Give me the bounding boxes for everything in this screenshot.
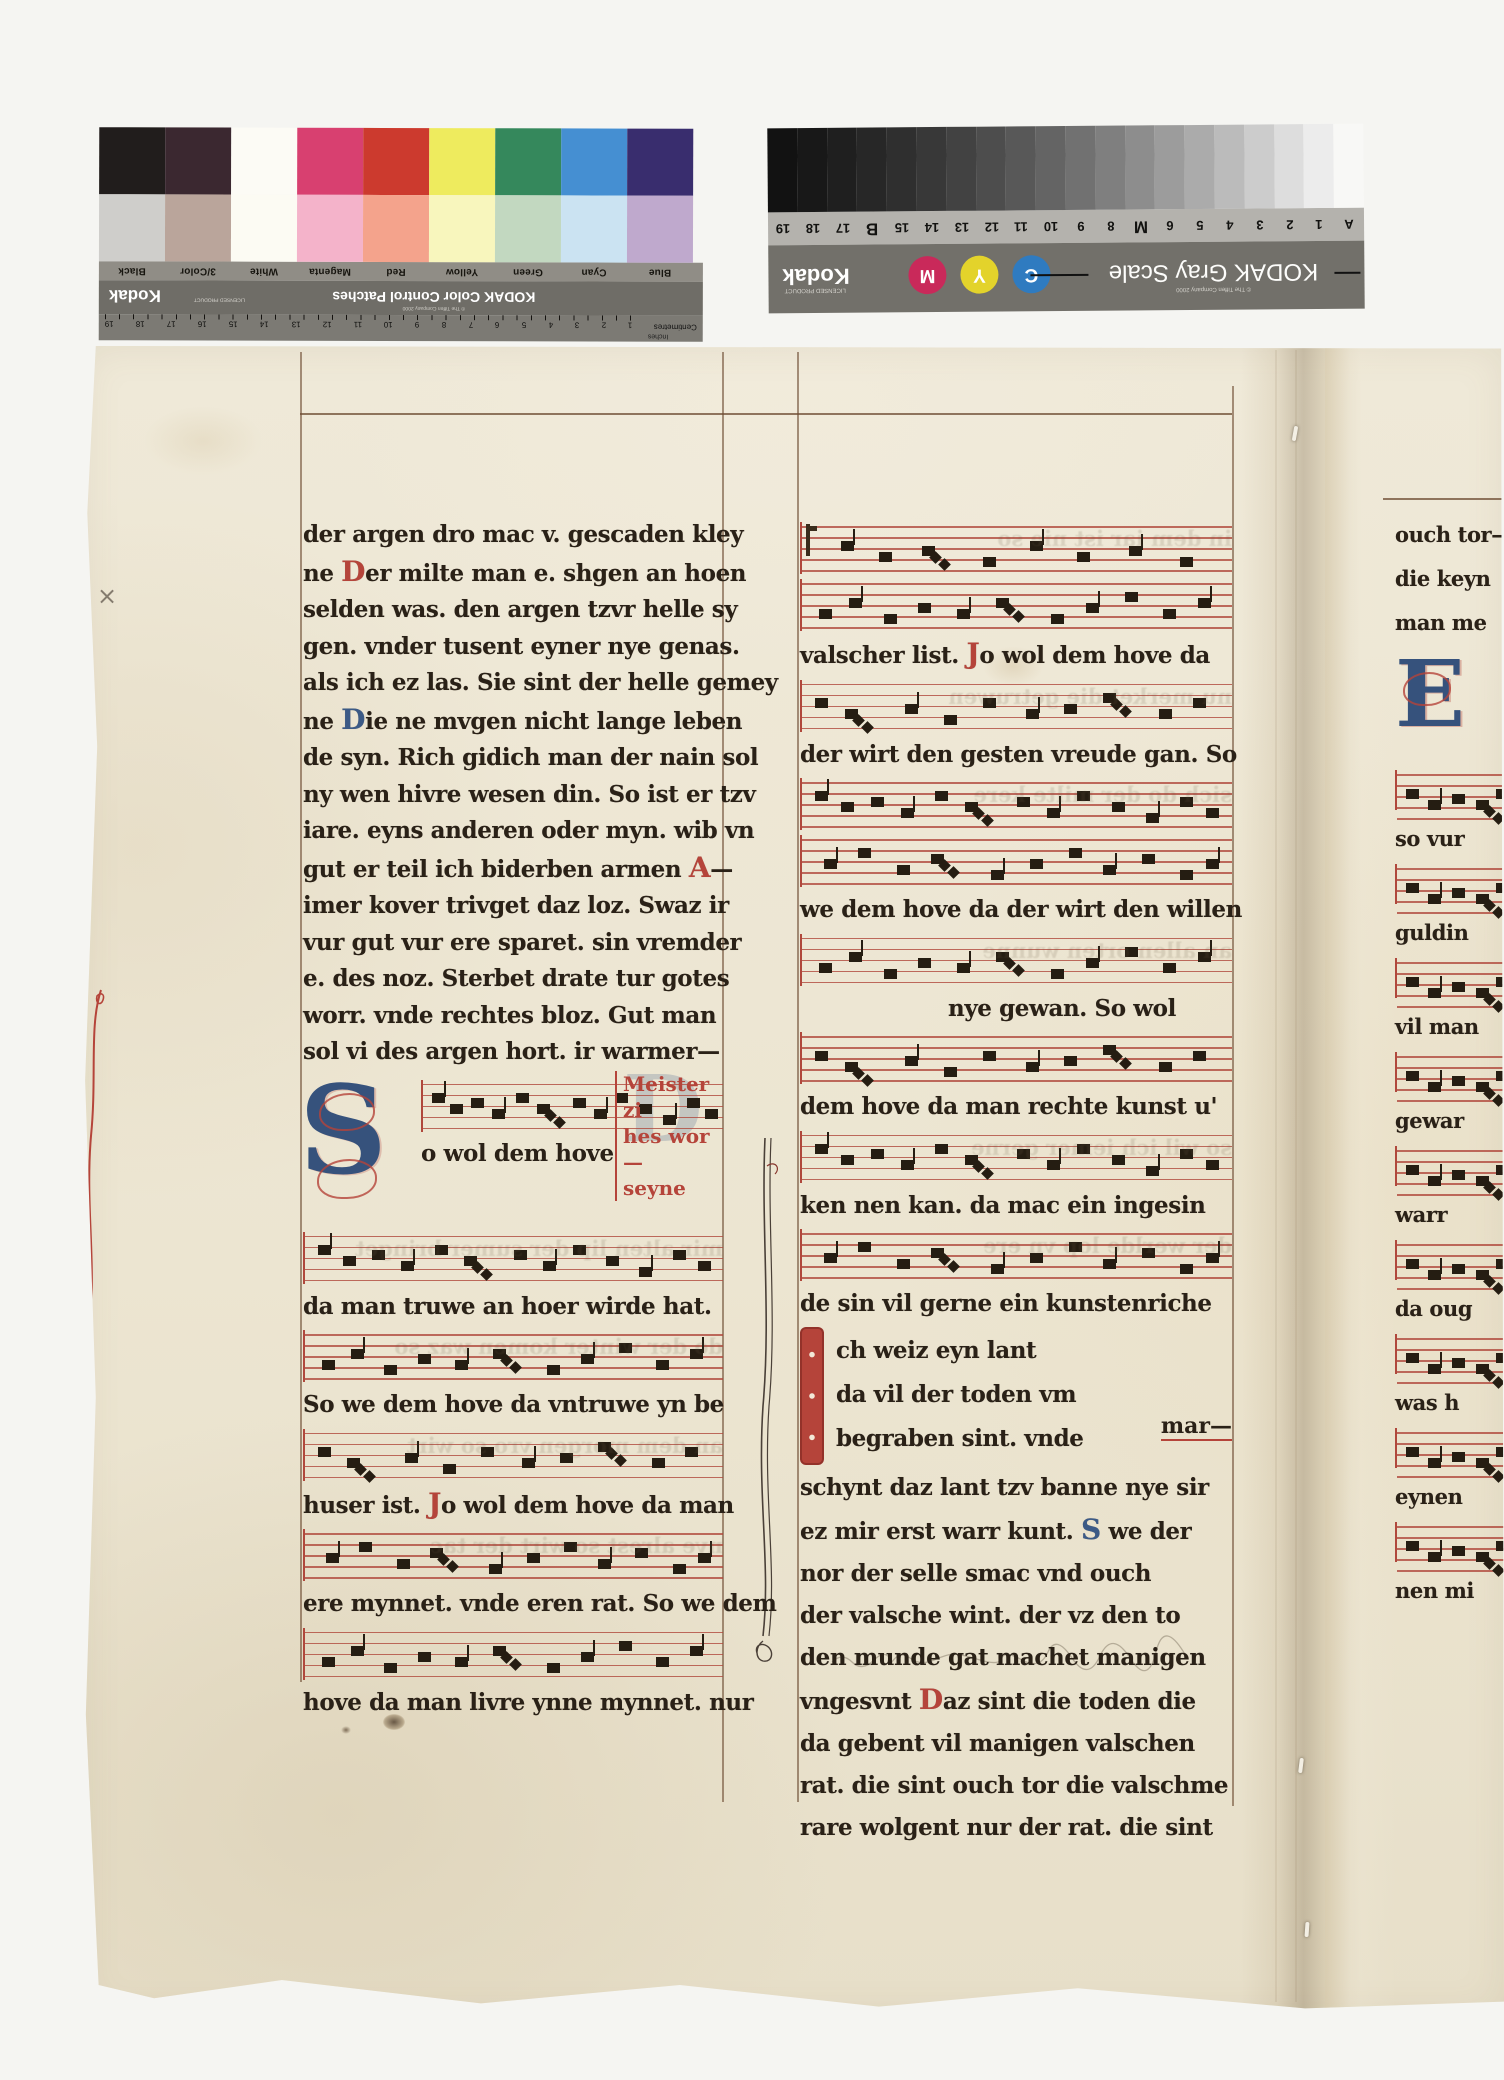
ruler-number: 11 <box>354 320 362 329</box>
gray-step-number: 11 <box>1006 219 1036 234</box>
color-patch-label: Cyan <box>561 266 627 277</box>
gray-step <box>767 128 797 212</box>
ruler-number: 17 <box>167 319 176 328</box>
staff-line <box>1397 973 1504 975</box>
fragment-word: eynen <box>1395 1482 1504 1512</box>
neume <box>1159 1062 1172 1072</box>
neume <box>1452 1264 1465 1274</box>
fragment-word: die keyn <box>1395 564 1504 594</box>
neume-diamond <box>1492 1564 1504 1577</box>
neume <box>1428 800 1441 810</box>
staff-line <box>1397 1537 1504 1539</box>
neume <box>1406 1165 1419 1175</box>
license-text: LICENSED PRODUCT <box>194 296 245 302</box>
neume <box>418 1652 431 1662</box>
gray-step-number: 9 <box>1066 219 1096 234</box>
neume <box>471 1098 484 1108</box>
neume <box>351 1646 364 1656</box>
bleedthrough-text: an dem morgen vro so wirt <box>315 1433 723 1481</box>
neume-stem <box>969 597 971 613</box>
ruler-number: 16 <box>198 319 207 328</box>
neume <box>1193 1051 1206 1061</box>
rubric-line: seyne <box>623 1175 719 1201</box>
neume-stem <box>1115 853 1117 869</box>
text-line: dem hove da man rechte kunst u' <box>800 1089 1232 1126</box>
text-line: da man truwe an hoer wirde hat. <box>303 1289 723 1326</box>
neume-stem <box>702 1634 704 1650</box>
staff-line <box>802 627 1232 629</box>
red-initial-i <box>800 1327 824 1465</box>
color-patch <box>165 127 231 194</box>
text-line: valscher list. Jo wol dem hove da <box>800 636 1232 675</box>
staff-line <box>1397 1432 1504 1434</box>
text-line: selden was. den argen tzvr helle sy <box>303 592 723 629</box>
neume <box>1496 883 1504 893</box>
ruler-numbers: 19181716151413121110987654321 <box>105 319 633 329</box>
gray-step <box>1006 126 1036 210</box>
music-staff: an dem morgen vro so wirt <box>303 1429 723 1481</box>
text-line: e. des noz. Sterbet drate tur gotes <box>303 961 723 998</box>
ruling-line-vertical <box>1232 386 1234 1806</box>
neume-stem <box>444 1081 446 1097</box>
neume <box>1406 1447 1419 1457</box>
music-staff: nve alrest so wirt der tac <box>303 1529 723 1581</box>
neume-stem <box>593 1640 595 1656</box>
music-staff <box>800 579 1232 631</box>
initial-e-block: E <box>1395 648 1504 760</box>
neume <box>656 1657 669 1667</box>
fragment-word: da oug <box>1395 1294 1504 1324</box>
colored-initial: D <box>341 703 365 736</box>
text-line: vngesvnt Daz sint die toden die <box>800 1679 1232 1723</box>
staff-line <box>802 839 1232 841</box>
staff-line <box>802 861 1232 863</box>
ruler-number: 18 <box>136 319 145 328</box>
pencil-x-mark: × <box>97 582 117 610</box>
neume-stem <box>1210 586 1212 602</box>
text-line: schynt daz lant tzv banne nye sir <box>800 1467 1232 1509</box>
ruling-line-vertical <box>300 352 302 1682</box>
staff-line <box>305 1632 723 1634</box>
neume <box>1051 614 1064 624</box>
text-line: gen. vnder tusent eyner nye genas. <box>303 629 723 666</box>
bleedthrough-text: an allen orten wunne <box>812 938 1232 986</box>
neume <box>322 1657 335 1667</box>
neume <box>1452 1358 1465 1368</box>
staff-line <box>802 594 1232 596</box>
red-filigree <box>317 1159 377 1199</box>
neume <box>1496 1071 1504 1081</box>
neume <box>384 1663 397 1673</box>
ruler-number: 10 <box>384 320 393 329</box>
divider-line <box>1334 272 1360 274</box>
bleedthrough-text: so wil ich iemer gerne <box>812 1135 1232 1183</box>
color-patch-tint <box>561 195 627 262</box>
neume <box>858 848 871 858</box>
gray-step <box>1214 125 1244 209</box>
neume-stem <box>467 1645 469 1661</box>
neume-stem <box>606 1097 608 1113</box>
colored-initial: A <box>689 851 710 884</box>
color-patch-row-saturated <box>99 127 703 196</box>
neume <box>1496 1541 1504 1551</box>
bleedthrough-text: sich do der milte kere <box>812 782 1232 830</box>
neume-diamond <box>1492 906 1504 919</box>
staff-line <box>1397 1244 1504 1246</box>
staff-line <box>1397 868 1504 870</box>
gray-step-number: 3 <box>1245 217 1275 232</box>
red-filigree <box>1403 672 1451 706</box>
ruler-number: 7 <box>468 320 472 329</box>
rubric-line: Meister zi <box>623 1071 719 1123</box>
neume-stem <box>1440 1446 1442 1462</box>
gray-step <box>1065 126 1095 210</box>
music-staff <box>1395 864 1504 904</box>
neume <box>1406 789 1419 799</box>
neume <box>1198 598 1211 608</box>
neume <box>1496 1259 1504 1269</box>
color-patch <box>363 128 429 195</box>
staff-line <box>802 1058 1232 1060</box>
neume <box>1142 854 1155 864</box>
rubric: DMeister zihes wor—seyne <box>615 1071 719 1201</box>
text-line: vur gut vur ere sparet. sin vremder <box>303 925 723 962</box>
centimetre-ruler: 19181716151413121110987654321 Centimetre… <box>99 314 703 342</box>
gray-step <box>857 127 887 211</box>
fragment-word: guldin <box>1395 918 1504 948</box>
neume <box>1428 988 1441 998</box>
neume <box>492 1109 505 1119</box>
gray-step-number: 19 <box>768 221 798 236</box>
staff-line <box>1397 1161 1504 1163</box>
neume <box>573 1098 586 1108</box>
color-patch <box>429 128 495 195</box>
staff-line <box>305 1654 723 1656</box>
neume <box>1452 794 1465 804</box>
gray-bar-title: KODAK Gray Scale <box>1093 257 1333 287</box>
text-line: ch weiz eyn lant <box>836 1329 1232 1373</box>
neume-diamond <box>509 1658 522 1671</box>
ruler-number: 12 <box>322 320 331 329</box>
gray-step-number: 18 <box>798 221 828 236</box>
staff-line <box>1397 1100 1504 1102</box>
divider-line <box>1030 274 1088 276</box>
neume <box>1086 603 1099 613</box>
text-line: da gebent vil manigen valschen <box>800 1723 1232 1765</box>
marginal-word: mar— <box>1161 1413 1232 1441</box>
text-line: rat. die sint ouch tor die valschme <box>800 1765 1232 1807</box>
license-text: LICENSED PRODUCT <box>785 287 846 293</box>
neume <box>1452 888 1465 898</box>
neume-stem <box>917 1044 919 1060</box>
music-staff: so wil ich iemer gerne <box>800 1131 1232 1183</box>
staff-line <box>1397 1526 1504 1528</box>
music-staff <box>1395 1240 1504 1280</box>
neume <box>1428 1458 1441 1468</box>
music-staff: an allen orten wunne <box>800 934 1232 986</box>
neume-stem <box>1440 882 1442 898</box>
music-staff: mir alten lip der sumer bringet <box>303 1232 723 1284</box>
staff-line <box>1397 1570 1504 1572</box>
gray-step <box>797 128 827 212</box>
neume <box>819 609 832 619</box>
neume-stem <box>1440 1258 1442 1274</box>
gray-step-number: 6 <box>1155 218 1185 233</box>
neume-stem <box>504 1097 506 1113</box>
neume-stem <box>1440 788 1442 804</box>
neume <box>450 1104 463 1114</box>
ruling-line-horizontal <box>1383 498 1504 500</box>
gray-steps <box>767 124 1364 213</box>
neume <box>432 1093 445 1103</box>
text-column-fragment: ouch tor—die keynman meEso vurguldinvil … <box>1395 506 1504 1606</box>
neume-stem <box>861 586 863 602</box>
neume <box>1428 1364 1441 1374</box>
kodak-gray-scale: 191817B15141312111098M654321A Kodak LICE… <box>767 124 1364 314</box>
color-bar-footer: Kodak LICENSED PRODUCT KODAK Color Contr… <box>99 280 703 316</box>
text-line: iare. eyns anderen oder myn. wib vn <box>303 813 723 850</box>
neume <box>1064 1056 1077 1066</box>
neume <box>1030 859 1043 869</box>
gray-step-number: 5 <box>1185 218 1215 233</box>
staff-line <box>1397 818 1504 820</box>
neume <box>1406 1071 1419 1081</box>
ruler-number: 6 <box>495 320 499 329</box>
neume <box>1406 1259 1419 1269</box>
copyright-text: © The Tiffen Company 2000 <box>309 305 559 312</box>
color-patch <box>231 128 297 195</box>
staff-line <box>802 605 1232 607</box>
music-staff <box>1395 1052 1504 1092</box>
neume <box>547 1663 560 1673</box>
gray-bar-footer: Kodak LICENSED PRODUCT MYC KODAK Gray Sc… <box>768 241 1365 314</box>
ruling-line-vertical <box>797 352 799 1802</box>
bleedthrough-text: in dem iar ist nie so <box>812 526 1232 574</box>
neume <box>991 870 1004 880</box>
gray-step <box>1095 126 1125 210</box>
neume <box>824 859 837 869</box>
neume <box>905 1056 918 1066</box>
gray-step-number: 2 <box>1275 217 1305 232</box>
staff-line <box>1397 1194 1504 1196</box>
gray-step <box>1035 126 1065 210</box>
neume <box>619 1641 632 1651</box>
text-line: ne Die ne mvgen nicht lange leben <box>303 702 723 741</box>
neume <box>1069 848 1082 858</box>
staff-line <box>305 1643 723 1645</box>
ruler-number: 15 <box>229 320 238 329</box>
neume <box>1406 1541 1419 1551</box>
neume-diamond <box>1492 1094 1504 1107</box>
fragment-word: vil man <box>1395 1012 1504 1042</box>
gray-step-number: 12 <box>977 219 1007 234</box>
color-patch <box>627 129 693 196</box>
color-patch-label: White <box>231 266 297 277</box>
colored-initial: J <box>967 637 980 670</box>
fragment-word: nen mi <box>1395 1576 1504 1606</box>
color-patch-tint <box>231 195 297 262</box>
gray-step-number: 1 <box>1304 217 1334 232</box>
text-line: hove da man livre ynne mynnet. nur <box>303 1685 723 1722</box>
gray-step <box>886 127 916 211</box>
staff-line <box>1397 1349 1504 1351</box>
ruling-line-horizontal <box>300 413 1232 415</box>
staff-line <box>1397 962 1504 964</box>
fragment-word: gewar <box>1395 1106 1504 1136</box>
text-line: nye gewan. So wol <box>800 991 1232 1028</box>
neume <box>1026 1062 1039 1072</box>
initial-s-block: So wol dem hoveDMeister zihes wor—seyne <box>303 1075 723 1227</box>
fragment-word: was h <box>1395 1388 1504 1418</box>
color-patch <box>99 127 165 194</box>
neume <box>1180 870 1193 880</box>
colored-initial: D <box>919 1683 943 1716</box>
neume-diamond <box>1492 812 1504 825</box>
staff-line <box>802 883 1232 885</box>
neume <box>1496 1353 1504 1363</box>
neume <box>1428 1270 1441 1280</box>
text-column-1: der argen dro mac v. gescaden kleyne Der… <box>303 517 723 1721</box>
neume-stem <box>363 1634 365 1650</box>
neume-diamond <box>1492 1000 1504 1013</box>
gray-step <box>1274 124 1304 208</box>
red-filigree <box>319 1093 375 1131</box>
neume <box>1125 592 1138 602</box>
ruler-unit2-label: Inches <box>648 333 669 340</box>
staff-line <box>1397 912 1504 914</box>
text-line: als ich ez las. Sie sint der helle gemey <box>303 665 723 702</box>
staff-line <box>305 1676 723 1678</box>
color-patch-label: Green <box>495 266 561 277</box>
staff-line <box>1397 785 1504 787</box>
neume <box>1428 1176 1441 1186</box>
music-staff: der werlde lop vn ere <box>800 1229 1232 1281</box>
text-line: da vil der toden vm <box>836 1373 1232 1417</box>
staff-line <box>802 1047 1232 1049</box>
gray-step-number: A <box>1334 217 1364 232</box>
text-line: de sin vil gerne ein kunstenriche <box>800 1286 1232 1323</box>
neume <box>1452 982 1465 992</box>
staff-line <box>802 872 1232 874</box>
text-line: der argen dro mac v. gescaden kley <box>303 517 723 554</box>
text-line: nor der selle smac vnd ouch <box>800 1553 1232 1595</box>
red-margin-flourish <box>71 986 111 1366</box>
neume <box>1428 1552 1441 1562</box>
color-dot-M: M <box>908 256 946 294</box>
neume <box>849 598 862 608</box>
neume <box>918 603 931 613</box>
music-staff: in dem iar ist nie so <box>800 522 1232 574</box>
ruler-number: 3 <box>575 320 579 329</box>
music-staff <box>1395 1522 1504 1562</box>
music-staff: do der winter komen waz so <box>303 1330 723 1382</box>
gray-step-number: 14 <box>917 220 947 235</box>
color-patch-tint <box>363 195 429 262</box>
text-line: worr. vnde rechtes bloz. Gut man <box>303 998 723 1035</box>
bleedthrough-text: mir alten lip der sumer bringet <box>315 1236 723 1284</box>
fragment-word: so vur <box>1395 824 1504 854</box>
staff-line <box>1397 1443 1504 1445</box>
clef-mark <box>806 524 810 556</box>
kodak-logo: Kodak <box>782 263 849 290</box>
neume-stem <box>1440 1164 1442 1180</box>
text-line: der wirt den gesten vreude gan. So <box>800 737 1232 774</box>
neume-diamond <box>947 866 960 879</box>
ruler-number: 2 <box>602 321 606 330</box>
staff-line <box>1397 1255 1504 1257</box>
ink-speck <box>341 1726 351 1734</box>
color-patch-label: Black <box>99 265 165 276</box>
neume-stem <box>1218 847 1220 863</box>
gray-step <box>916 127 946 211</box>
color-patch <box>297 128 363 195</box>
ruler-number: 14 <box>260 320 269 329</box>
neume <box>1406 883 1419 893</box>
gray-step-number: 17 <box>828 221 858 236</box>
neume <box>516 1093 529 1103</box>
neume <box>1452 1546 1465 1556</box>
color-patch-labels: Black3/ColorWhiteMagentaRedYellowGreenCy… <box>99 261 703 282</box>
kodak-color-control-patches: Black3/ColorWhiteMagentaRedYellowGreenCy… <box>99 127 704 342</box>
text-line: der valsche wint. der vz den to <box>800 1595 1232 1637</box>
staff-line <box>1397 1288 1504 1290</box>
neume <box>690 1646 703 1656</box>
color-patch-label: Blue <box>627 267 693 278</box>
gray-step <box>1184 125 1214 209</box>
music-staff <box>1395 1334 1504 1374</box>
text-line: ken nen kan. da mac ein ingesin <box>800 1188 1232 1225</box>
neume-stem <box>1038 1050 1040 1066</box>
staff-line <box>802 1036 1232 1038</box>
bleedthrough-text: nve alrest so wirt der tac <box>315 1533 723 1581</box>
neume-diamond <box>1492 1282 1504 1295</box>
music-staff <box>1395 770 1504 810</box>
gray-step-number: 8 <box>1096 219 1126 234</box>
gray-step <box>1244 124 1274 208</box>
copyright-text: © The Tiffen Company 2000 <box>1119 285 1309 292</box>
gray-step-number: 15 <box>887 220 917 235</box>
text-line: ere mynnet. vnde eren rat. So we dem <box>303 1586 723 1623</box>
kodak-logo: Kodak <box>109 285 161 305</box>
gray-step <box>1155 125 1185 209</box>
staff-line <box>1397 1006 1504 1008</box>
text-line: ez mir erst warr kunt. S we der <box>800 1509 1232 1553</box>
staff-line <box>1397 1382 1504 1384</box>
neume <box>957 609 970 619</box>
manuscript-photo: Black3/ColorWhiteMagentaRedYellowGreenCy… <box>0 0 1504 2080</box>
neume <box>594 1109 607 1119</box>
staff-line <box>802 583 1232 585</box>
color-patch-label: Magenta <box>297 266 363 277</box>
color-patch-label: 3/Color <box>165 265 231 276</box>
initial-i-block: ch weiz eyn lantda vil der toden vmbegra… <box>800 1329 1232 1463</box>
neume-stem <box>1440 1070 1442 1086</box>
neume-stem <box>1440 1352 1442 1368</box>
music-staff <box>1395 1428 1504 1468</box>
music-staff <box>303 1628 723 1680</box>
neume <box>1452 1076 1465 1086</box>
gray-step <box>1304 124 1334 208</box>
color-bar-title: KODAK Color Control Patches <box>269 289 599 306</box>
neume <box>1406 1353 1419 1363</box>
neume <box>815 1051 828 1061</box>
color-patch-tint <box>495 195 561 262</box>
gray-step-number: B <box>857 218 887 238</box>
ruler-number: 8 <box>442 320 446 329</box>
text-line: gut er teil ich biderben armen A— <box>303 850 723 889</box>
colored-initial: J <box>428 1487 441 1520</box>
text-line: den munde gat machet manigen <box>800 1637 1232 1679</box>
